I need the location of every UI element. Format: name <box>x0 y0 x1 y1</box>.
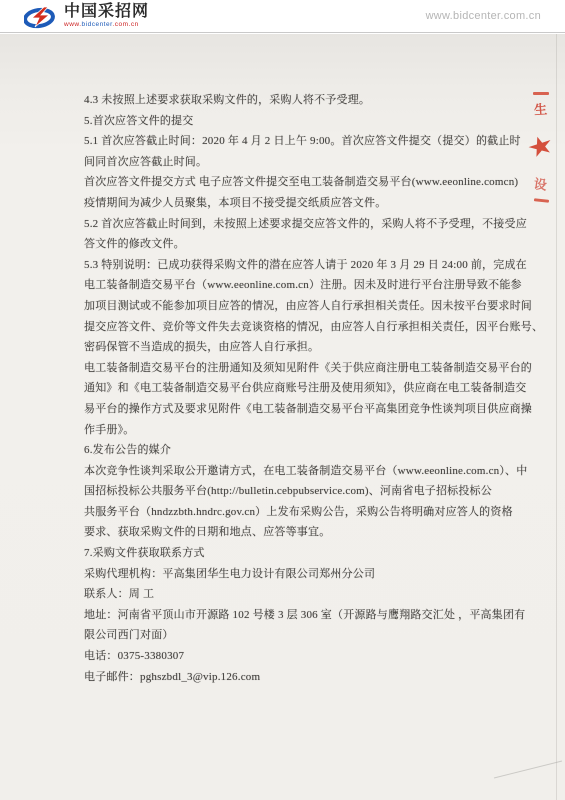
text-line: 采购代理机构：平高集团华生电力设计有限公司郑州分公司 <box>84 564 524 585</box>
text-line: 密码保管不当造成的损失，由应答人自行承担。 <box>84 337 524 358</box>
text-line: 电话：0375-3380307 <box>84 646 524 667</box>
text-line: 疫情期间为减少人员聚集，本项目不接受提交纸质应答文件。 <box>84 193 524 214</box>
logo-subtext: www.bidcenter.com.cn <box>64 22 149 29</box>
text-line: 6.发布公告的媒介 <box>84 440 524 461</box>
seal-character-top: 生 <box>534 99 548 119</box>
text-line: 5.首次应答文件的提交 <box>84 111 524 132</box>
text-line: 本次竞争性谈判采取公开邀请方式，在电工装备制造交易平台（www.eeonline… <box>84 461 524 482</box>
seal-character-bottom: 设 <box>533 173 549 194</box>
seal-arc-top <box>533 92 549 95</box>
bidcenter-logo-icon <box>24 5 60 29</box>
text-line: 作手册》。 <box>84 420 524 441</box>
logo-title: 中国采招网 <box>64 4 149 20</box>
text-line: 地址：河南省平顶山市开源路 102 号楼 3 层 306 室（开源路与鹰翔路交汇… <box>84 605 524 626</box>
text-line: 答文件的修改文件。 <box>84 234 524 255</box>
text-line: 电子邮件：pghszbdl_3@vip.126.com <box>84 667 524 688</box>
seal-arc-bottom <box>533 198 548 203</box>
page-edge-shadow <box>556 34 557 800</box>
scan-corner-artifact <box>494 761 562 779</box>
text-line: 易平台的操作方式及要求见附件《电工装备制造交易平台平高集团竞争性谈判项目供应商操 <box>84 399 524 420</box>
text-line: 5.3 特别说明：已成功获得采购文件的潜在应答人请于 2020 年 3 月 29… <box>84 255 524 276</box>
official-seal-fragment: 生 ★ 设 <box>528 92 554 202</box>
text-line: 加项目测试或不能参加项目应答的情况，由应答人自行承担相关责任。因未按平台要求时间 <box>84 296 524 317</box>
text-line: 通知》和《电工装备制造交易平台供应商账号注册及使用须知》，供应商在电工装备制造交 <box>84 378 524 399</box>
header-site-url: www.bidcenter.com.cn <box>426 10 541 22</box>
site-header: 中国采招网 www.bidcenter.com.cn www.bidcenter… <box>0 0 565 33</box>
text-line: 首次应答文件提交方式 电子应答文件提交至电工装备制造交易平台(www.eeonl… <box>84 172 524 193</box>
text-line: 电工装备制造交易平台的注册通知及须知见附件《关于供应商注册电工装备制造交易平台的 <box>84 358 524 379</box>
text-line: 要求、获取采购文件的日期和地点、应答等事宜。 <box>84 522 524 543</box>
text-line: 5.2 首次应答截止时间到，未按照上述要求提交应答文件的，采购人将不予受理，不接… <box>84 214 524 235</box>
text-line: 间同首次应答截止时间。 <box>84 152 524 173</box>
seal-star-icon: ★ <box>524 130 558 163</box>
text-line: 限公司西门对面） <box>84 625 524 646</box>
text-line: 国招标投标公共服务平台(http://bulletin.cebpubservic… <box>84 481 524 502</box>
text-line: 电工装备制造交易平台（www.eeonline.com.cn）注册。因未及时进行… <box>84 275 524 296</box>
bidcenter-logo[interactable]: 中国采招网 www.bidcenter.com.cn <box>24 4 149 29</box>
text-line: 7.采购文件获取联系方式 <box>84 543 524 564</box>
document-text: 4.3 未按照上述要求获取采购文件的，采购人将不予受理。5.首次应答文件的提交5… <box>84 90 524 687</box>
text-line: 提交应答文件、竞价等文件失去竞谈资格的情况，由应答人自行承担相关责任，因平台账号… <box>84 317 524 338</box>
text-line: 5.1 首次应答截止时间：2020 年 4 月 2 日上午 9:00。首次应答文… <box>84 131 524 152</box>
text-line: 4.3 未按照上述要求获取采购文件的，采购人将不予受理。 <box>84 90 524 111</box>
scanned-document-page: 4.3 未按照上述要求获取采购文件的，采购人将不予受理。5.首次应答文件的提交5… <box>0 34 565 800</box>
text-line: 联系人：周 工 <box>84 584 524 605</box>
text-line: 共服务平台（hndzzbth.hndrc.gov.cn）上发布采购公告，采购公告… <box>84 502 524 523</box>
